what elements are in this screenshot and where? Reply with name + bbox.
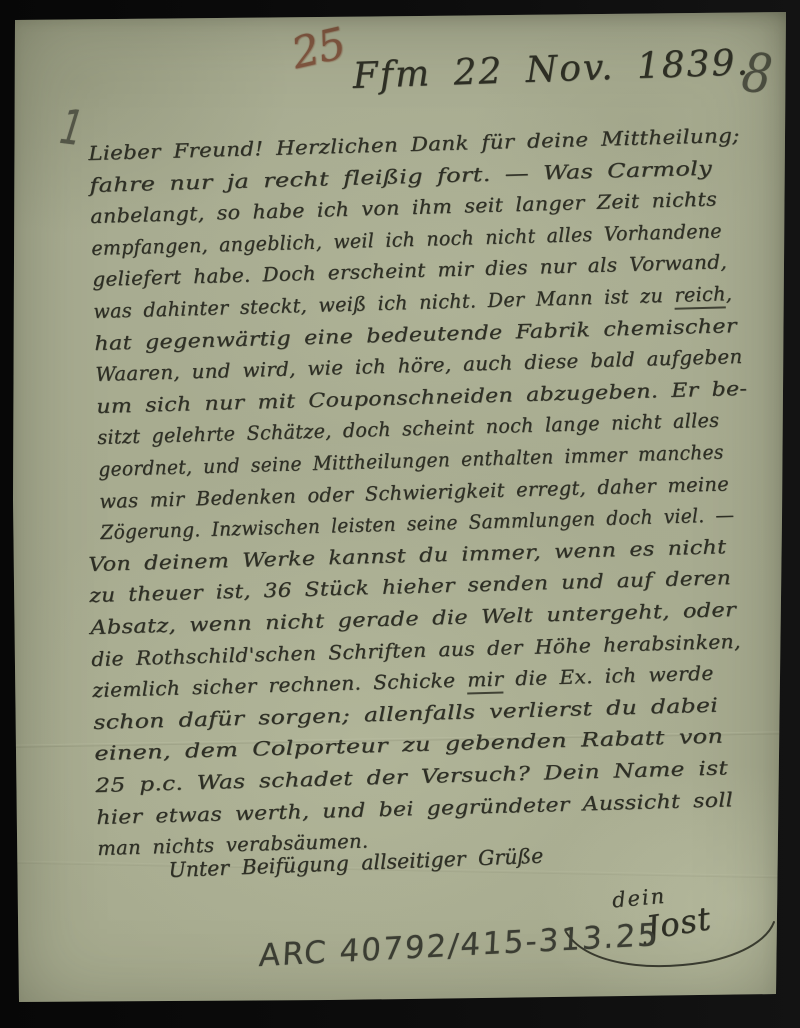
- red-crayon-number: 25: [287, 19, 350, 80]
- date-line: Ffm 22 Nov. 1839.: [352, 42, 751, 97]
- underlined-word: reich: [674, 282, 726, 309]
- scanned-letter-photo: 25 8 1 Ffm 22 Nov. 1839. Lieber Freund! …: [0, 0, 800, 1028]
- underlined-word: mir: [467, 668, 504, 695]
- letter-paper: 25 8 1 Ffm 22 Nov. 1839. Lieber Freund! …: [0, 0, 800, 1028]
- pencil-margin-mark: 1: [52, 100, 90, 157]
